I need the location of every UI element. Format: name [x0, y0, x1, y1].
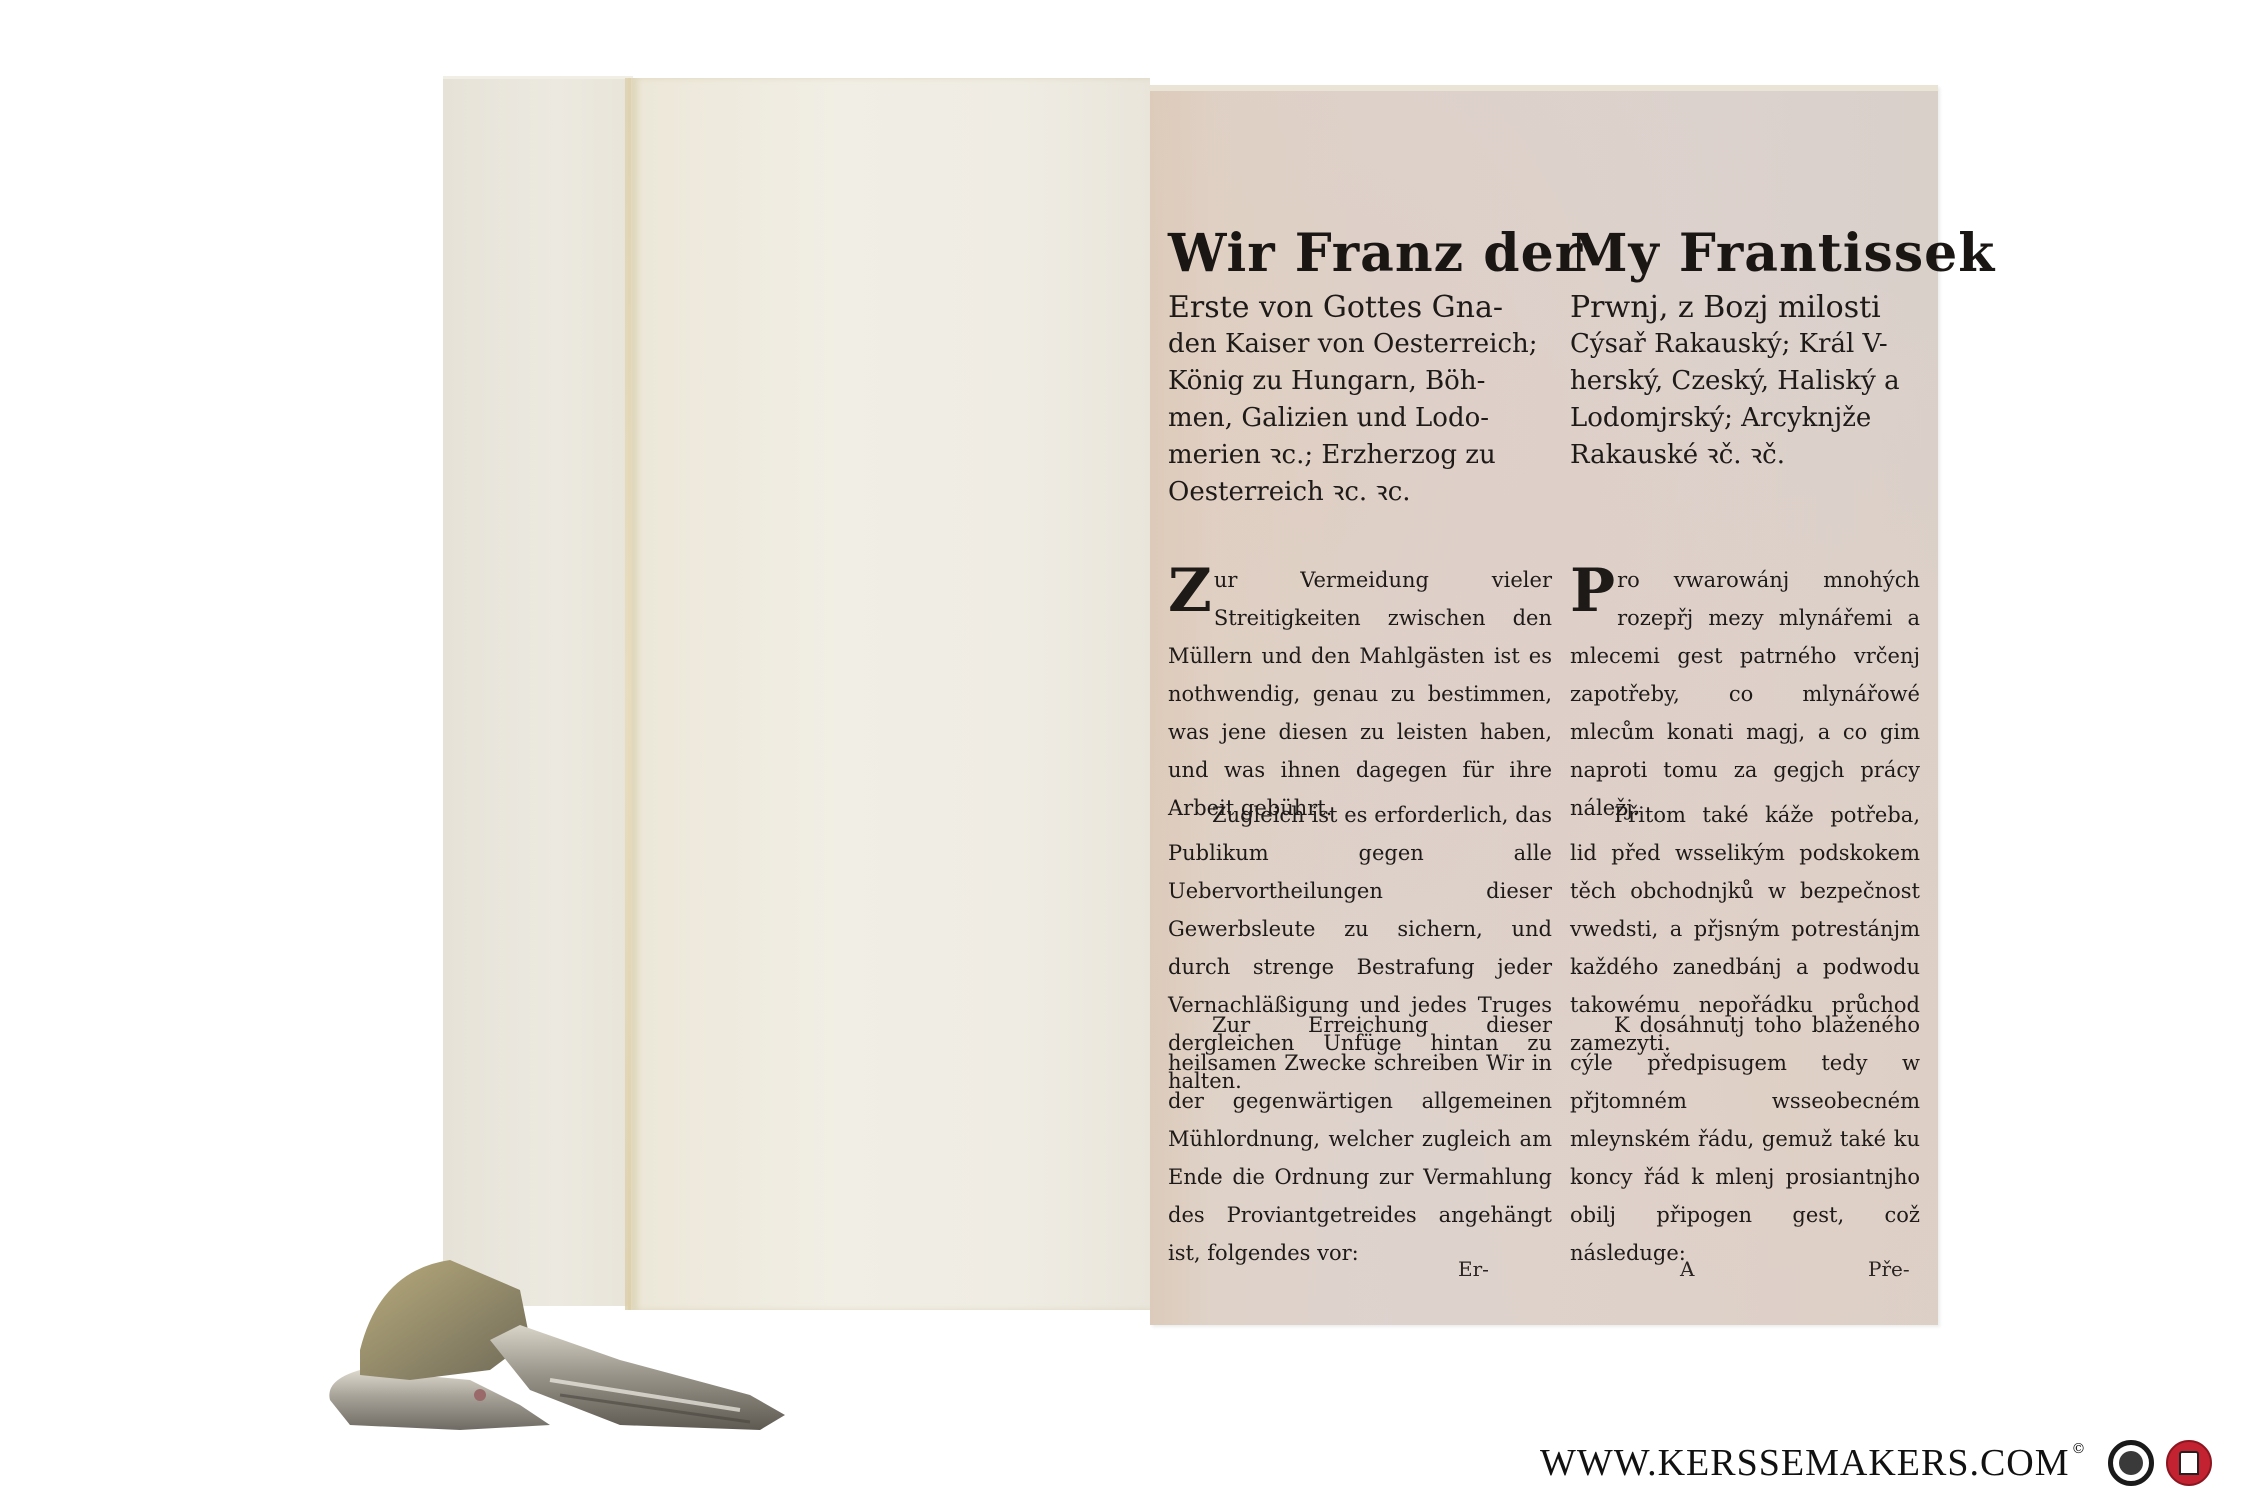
copyright-symbol: ©: [2072, 1441, 2086, 1457]
german-heading: Wir Franz der: [1168, 223, 1583, 284]
german-catchword: Er-: [1458, 1257, 1489, 1281]
czech-catchword: Pře-: [1868, 1257, 1910, 1281]
ilab-badge-icon: [2166, 1440, 2212, 1486]
deckle-edge: [625, 78, 631, 1310]
paragraph-text: ro vwarowánj mnohých rozepřj mezy mlynář…: [1570, 568, 1920, 820]
german-titles: Erste von Gottes Gna- den Kaiser von Oes…: [1168, 289, 1552, 511]
title-line: König zu Hungarn, Böh-: [1168, 363, 1552, 400]
title-line: Lodomjrský; Arcyknjže: [1570, 400, 1920, 437]
title-line: herský, Czeský, Haliský a: [1570, 363, 1920, 400]
german-paragraph-3: Zur Erreichung dieser heilsamen Zwecke s…: [1168, 1006, 1552, 1272]
nvva-badge-icon: [2108, 1440, 2154, 1486]
paragraph-text: ur Vermeidung vieler Streitigkeiten zwis…: [1168, 568, 1552, 820]
german-paragraph-1: Zur Vermeidung vieler Streitigkeiten zwi…: [1168, 561, 1552, 827]
photograph: Wir Franz der Erste von Gottes Gna- den …: [0, 0, 2249, 1500]
blank-leaf-front: [628, 78, 1150, 1310]
blank-leaf-back: [443, 76, 633, 1306]
drop-cap: Z: [1168, 565, 1212, 617]
paragraph-text: Zur Erreichung dieser heilsamen Zwecke s…: [1168, 1013, 1552, 1265]
watermark: WWW.KERSSEMAKERS.COM ©: [1540, 1440, 2212, 1486]
czech-paragraph-3: K dosáhnutj toho blaženého cýle předpisu…: [1570, 1006, 1920, 1272]
drop-cap: P: [1570, 565, 1615, 617]
title-line: Prwnj, z Bozj milosti: [1570, 289, 1920, 326]
title-line: Rakauské ꝛč. ꝛč.: [1570, 437, 1920, 474]
title-line: Cýsař Rakauský; Král V-: [1570, 326, 1920, 363]
title-line: den Kaiser von Oesterreich;: [1168, 326, 1552, 363]
title-line: Erste von Gottes Gna-: [1168, 289, 1552, 326]
paragraph-text: K dosáhnutj toho blaženého cýle předpisu…: [1570, 1013, 1920, 1265]
printed-page: Wir Franz der Erste von Gottes Gna- den …: [1150, 85, 1938, 1325]
title-line: men, Galizien und Lodo-: [1168, 400, 1552, 437]
silver-hand-clip: [320, 1230, 800, 1435]
czech-column: My Frantissek Prwnj, z Bozj milosti Cýsa…: [1570, 91, 1920, 1325]
title-line: merien ꝛc.; Erzherzog zu: [1168, 437, 1552, 474]
watermark-text: WWW.KERSSEMAKERS.COM: [1540, 1441, 2070, 1485]
czech-paragraph-1: Pro vwarowánj mnohých rozepřj mezy mlyná…: [1570, 561, 1920, 827]
czech-titles: Prwnj, z Bozj milosti Cýsař Rakauský; Kr…: [1570, 289, 1920, 474]
czech-heading: My Frantissek: [1570, 223, 1995, 284]
title-line: Oesterreich ꝛc. ꝛc.: [1168, 474, 1552, 511]
german-column: Wir Franz der Erste von Gottes Gna- den …: [1168, 91, 1552, 1325]
